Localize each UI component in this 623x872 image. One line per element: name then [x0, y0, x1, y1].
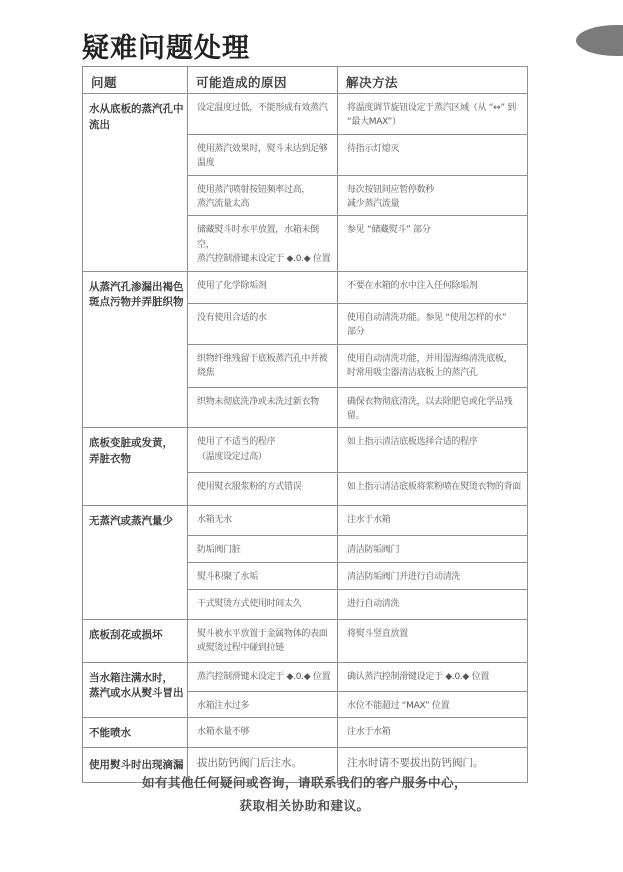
solution-cell: 确保衣物彻底清洗，以去除肥皂或化学品残留。: [338, 387, 528, 428]
solution-cell: 确认蒸汽控制滑键设定于 ◆.0.◆ 位置: [338, 662, 528, 691]
cause-cell: 使用蒸汽喷射按钮频率过高， 蒸汽流量太高: [188, 175, 338, 216]
cause-cell: 使用熨衣服浆粉的方式错误: [188, 473, 338, 506]
cause-cell: 设定温度过低，不能形成有效蒸汽: [188, 94, 338, 135]
problem-cell: 从蒸汽孔渗漏出褐色 斑点污物并弄脏织物: [83, 271, 188, 428]
solution-cell: 如上指示清洁底板选择合适的程序: [338, 428, 528, 473]
cause-cell: 使用蒸汽效果时，熨斗未达到足够 温度: [188, 134, 338, 175]
solution-cell: 清洁防垢阀门并进行自动清洗: [338, 562, 528, 589]
table-row: 无蒸汽或蒸汽量少 水箱无水 注水于水箱: [83, 506, 528, 536]
solution-cell: 使用自动清洗功能，并用湿海绵清洗底板， 时常用吸尘器清洁底板上的蒸汽孔: [338, 344, 528, 387]
cause-cell: 织物纤维残留于底板蒸汽孔中并被 烧焦: [188, 344, 338, 387]
problem-cell: 水从底板的蒸汽孔中 流出: [83, 94, 188, 272]
solution-cell: 待指示灯熄灭: [338, 134, 528, 175]
table-row: 底板变脏或发黄， 弄脏衣物 使用了不适当的程序 （温度设定过高） 如上指示清洁底…: [83, 428, 528, 473]
solution-cell: 注水于水箱: [338, 506, 528, 536]
cause-cell: 水箱无水: [188, 506, 338, 536]
cause-cell: 储藏熨斗时水平放置，水箱未倒空， 蒸汽控制滑键未设定于 ◆.0.◆ 位置: [188, 216, 338, 271]
cause-cell: 没有使用合适的水: [188, 303, 338, 344]
cause-cell: 水箱注水过多: [188, 691, 338, 717]
solution-cell: 注水于水箱: [338, 718, 528, 748]
solution-cell: 参见 “储藏熨斗” 部分: [338, 216, 528, 271]
cause-cell: 蒸汽控制滑键未设定于 ◆.0.◆ 位置: [188, 662, 338, 691]
page-title: 疑难问题处理: [82, 26, 250, 65]
solution-cell: 水位不能超过 “MAX” 位置: [338, 691, 528, 717]
table-row: 底板刮花或损坏 熨斗被水平放置于金属物体的表面 或熨烫过程中碰到拉链 将熨斗竖直…: [83, 619, 528, 662]
solution-cell: 如上指示清洁底板将浆粉喷在熨烫衣物的背面: [338, 473, 528, 506]
cause-cell: 使用了不适当的程序 （温度设定过高）: [188, 428, 338, 473]
problem-cell: 底板刮花或损坏: [83, 619, 188, 662]
problem-cell: 无蒸汽或蒸汽量少: [83, 506, 188, 619]
table-row: 水从底板的蒸汽孔中 流出 设定温度过低，不能形成有效蒸汽 将温度调节旋钮设定于蒸…: [83, 94, 528, 135]
problem-cell: 不能喷水: [83, 718, 188, 748]
troubleshooting-table: 问题 可能造成的原因 解决方法 水从底板的蒸汽孔中 流出 设定温度过低，不能形成…: [82, 66, 528, 783]
cause-cell: 防垢阀门脏: [188, 536, 338, 562]
solution-cell: 每次按钮间应暂停数秒 减少蒸汽流量: [338, 175, 528, 216]
cause-cell: 织物未彻底洗净或未洗过新衣物: [188, 387, 338, 428]
cause-cell: 熨斗积聚了水垢: [188, 562, 338, 589]
table-row: 不能喷水 水箱水量不够 注水于水箱: [83, 718, 528, 748]
cause-cell: 干式熨烫方式使用时间太久: [188, 589, 338, 619]
column-header-problem: 问题: [83, 67, 188, 94]
solution-cell: 清洁防垢阀门: [338, 536, 528, 562]
cause-cell: 熨斗被水平放置于金属物体的表面 或熨烫过程中碰到拉链: [188, 619, 338, 662]
column-header-solution: 解决方法: [338, 67, 528, 94]
solution-cell: 将温度调节旋钮设定于蒸汽区域（从 “↔” 到 “最大MAX”）: [338, 94, 528, 135]
corner-ellipse-decoration: [576, 25, 623, 56]
table-row: 从蒸汽孔渗漏出褐色 斑点污物并弄脏织物 使用了化学除垢剂 不要在水箱的水中注入任…: [83, 271, 528, 303]
table-header-row: 问题 可能造成的原因 解决方法: [83, 67, 528, 94]
column-header-cause: 可能造成的原因: [188, 67, 338, 94]
problem-cell: 底板变脏或发黄， 弄脏衣物: [83, 428, 188, 506]
footer-note: 如有其他任何疑问或咨询，请联系我们的客户服务中心， 获取相关协助和建议。: [82, 772, 527, 817]
problem-cell: 当水箱注满水时， 蒸汽或水从熨斗冒出: [83, 662, 188, 717]
solution-cell: 将熨斗竖直放置: [338, 619, 528, 662]
solution-cell: 不要在水箱的水中注入任何除垢剂: [338, 271, 528, 303]
cause-cell: 水箱水量不够: [188, 718, 338, 748]
solution-cell: 进行自动清洗: [338, 589, 528, 619]
cause-cell: 使用了化学除垢剂: [188, 271, 338, 303]
table-row: 当水箱注满水时， 蒸汽或水从熨斗冒出 蒸汽控制滑键未设定于 ◆.0.◆ 位置 确…: [83, 662, 528, 691]
solution-cell: 使用自动清洗功能。参见 “使用怎样的水” 部分: [338, 303, 528, 344]
